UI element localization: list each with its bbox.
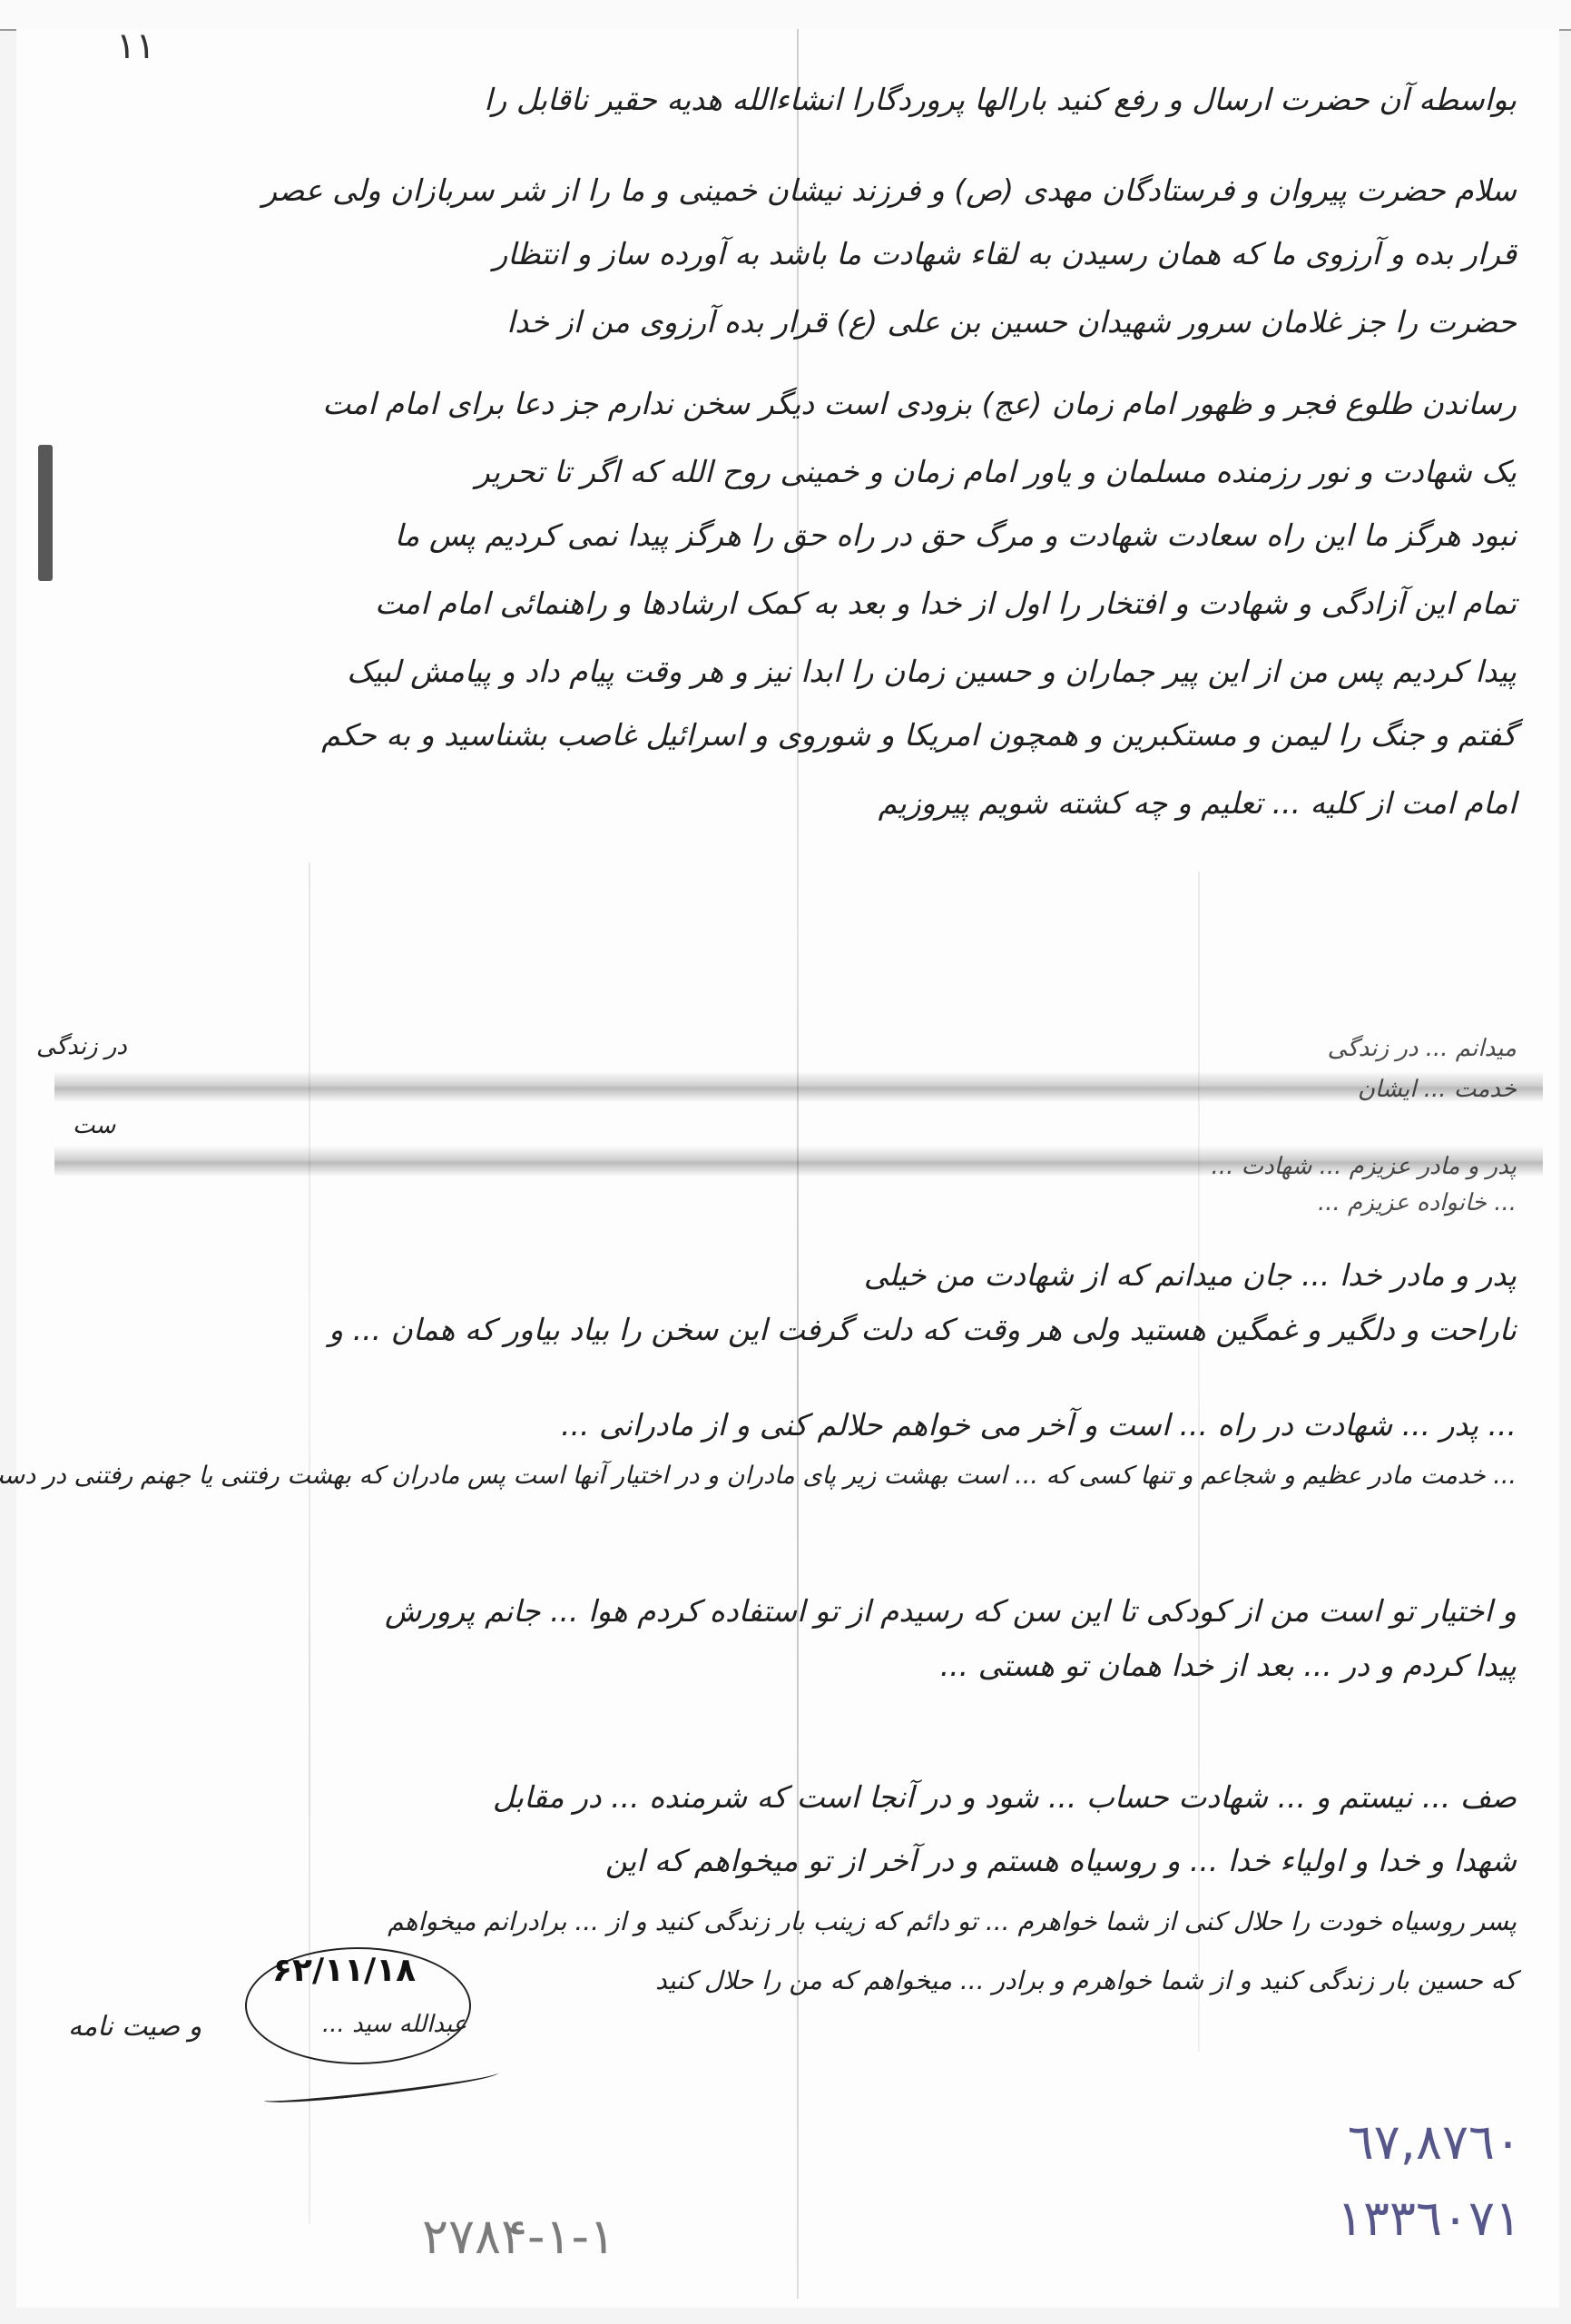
handwritten-line: پسر روسیاه خودت را حلال کنی از شما خواهر… bbox=[388, 1906, 1517, 1936]
handwritten-line: تمام این آزادگی و شهادت و افتخار را اول … bbox=[375, 586, 1517, 621]
side-note: در زندگی bbox=[36, 1033, 127, 1060]
stamp-date: ۶۲/۱۱/۱۸ bbox=[272, 1952, 416, 1989]
handwritten-line: خدمت ... ایشان bbox=[1358, 1076, 1517, 1103]
handwritten-line: قرار بده و آرزوی ما که همان رسیدن به لقا… bbox=[493, 236, 1517, 271]
handwritten-line: میدانم ... در زندگی bbox=[1328, 1035, 1517, 1062]
handwritten-line: بواسطه آن حضرت ارسال و رفع کنید بارالها … bbox=[484, 82, 1517, 117]
closing-note: و صیت نامه bbox=[68, 2011, 201, 2043]
archive-number: ٦٧,٨٧٦٠ bbox=[1348, 2113, 1521, 2171]
handwritten-line: پدر و مادر خدا ... جان میدانم که از شهاد… bbox=[864, 1257, 1517, 1293]
archive-id: ١٣٣٦٠٧١ bbox=[1337, 2190, 1521, 2247]
side-note: ست bbox=[73, 1112, 115, 1139]
handwritten-line: که حسین بار زندگی کنید و از شما خواهرم و… bbox=[655, 1965, 1517, 1995]
handwritten-line: ناراحت و دلگیر و غمگین هستید ولی هر وقت … bbox=[329, 1312, 1517, 1347]
pencil-code: ۲۷۸۴-۱-۱ bbox=[422, 2208, 615, 2265]
handwritten-line: ... خدمت مادر عظیم و شجاعم و تنها کسی که… bbox=[0, 1462, 1517, 1490]
scan-smudge bbox=[38, 445, 53, 581]
scan-shadow-band bbox=[54, 1071, 1543, 1102]
handwritten-line: و اختیار تو است من از کودکی تا این سن که… bbox=[385, 1593, 1517, 1629]
handwritten-line: پیدا کردم و در ... بعد از خدا همان تو هس… bbox=[940, 1648, 1517, 1683]
scan-top-border bbox=[0, 0, 1571, 31]
handwritten-line: امام امت از کلیه ... تعلیم و چه کشته شوی… bbox=[879, 785, 1517, 821]
handwritten-line: یک شهادت و نور رزمنده مسلمان و یاور امام… bbox=[476, 454, 1517, 489]
stamp-signature: عبدالله سید ... bbox=[322, 2011, 466, 2038]
handwritten-line: رساندن طلوع فجر و ظهور امام زمان (عج) بز… bbox=[322, 386, 1517, 421]
handwritten-line: نبود هرگز ما این راه سعادت شهادت و مرگ ح… bbox=[395, 517, 1517, 553]
handwritten-line: سلام حضرت پیروان و فرستادگان مهدی (ص) و … bbox=[262, 172, 1517, 208]
handwritten-line: گفتم و جنگ را لیمن و مستکبرین و همچون ام… bbox=[321, 717, 1517, 753]
handwritten-line: پدر و مادر عزیزم ... شهادت ... bbox=[1212, 1153, 1517, 1180]
handwritten-line: حضرت را جز غلامان سرور شهیدان حسین بن عل… bbox=[506, 304, 1517, 340]
handwritten-line: ... پدر ... شهادت در راه ... است و آخر م… bbox=[561, 1407, 1517, 1443]
handwritten-line: ... خانواده عزیزم ... bbox=[1318, 1189, 1517, 1216]
page-number: ۱۱ bbox=[116, 25, 155, 67]
handwritten-line: شهدا و خدا و اولیاء خدا ... و روسیاه هست… bbox=[605, 1843, 1517, 1878]
handwritten-line: پیدا کردیم پس من از این پیر جماران و حسی… bbox=[347, 654, 1517, 689]
handwritten-line: صف ... نیستم و ... شهادت حساب ... شود و … bbox=[493, 1779, 1517, 1815]
